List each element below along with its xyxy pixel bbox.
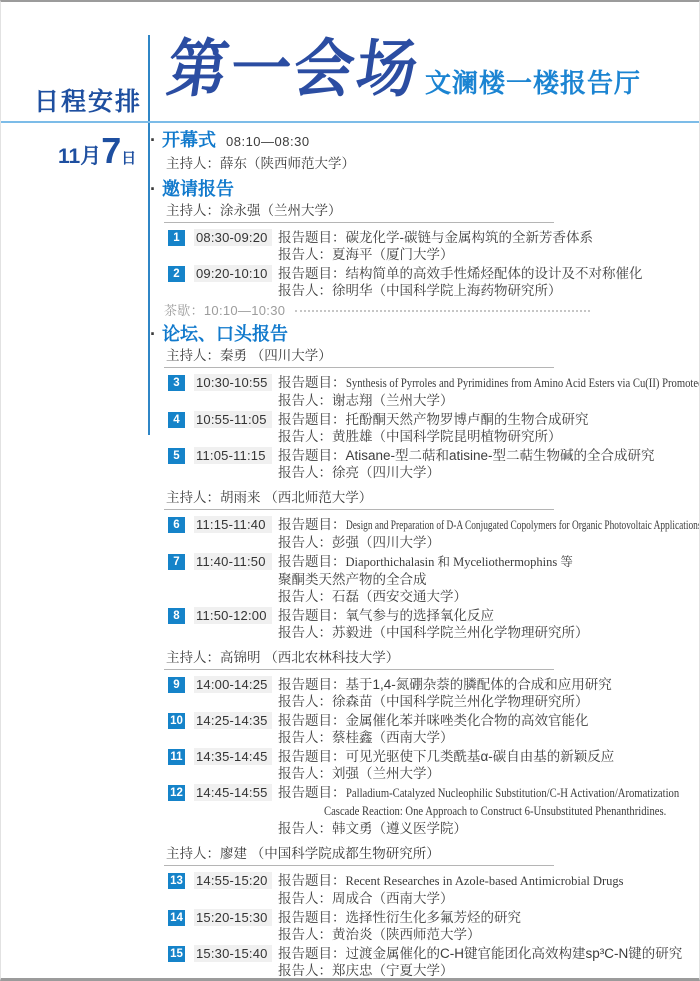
item-title: 金属催化苯并咪唑类化合物的高效官能化 xyxy=(346,713,589,728)
schedule-tag: 日程安排 xyxy=(34,82,142,118)
item-number-badge: 5 xyxy=(168,448,185,464)
item-speaker-line: 报告人：徐亮（四川大学） xyxy=(278,464,697,481)
item-body: 报告题目：Diaporthichalasin 和 Myceliothermoph… xyxy=(278,553,697,605)
item-speaker: 徐明华（中国科学院上海药物研究所） xyxy=(332,283,562,298)
title-label: 报告题目： xyxy=(278,412,346,427)
separator-line xyxy=(164,865,554,866)
item-number-badge: 1 xyxy=(168,230,185,246)
title-label: 报告题目： xyxy=(278,946,346,961)
section-invited-title: 邀请报告 xyxy=(162,178,234,200)
item-title: 基于1,4-氮硼杂萘的膦配体的合成和应用研究 xyxy=(346,677,612,692)
title-label: 报告题目： xyxy=(278,749,346,764)
report-item-4: 4 10:55-11:05 报告题目：托酚酮天然产物罗博卢酮的生物合成研究 报告… xyxy=(168,411,697,445)
item-title-continued: Cascade Reaction: One Approach to Constr… xyxy=(324,803,666,820)
title-label: 报告题目： xyxy=(278,677,346,692)
section-forum-title-row: 论坛、口头报告 xyxy=(150,323,697,345)
item-title: Palladium-Catalyzed Nucleophilic Substit… xyxy=(346,785,679,802)
item-title: Diaporthichalasin 和 Myceliothermophins 等 xyxy=(346,554,573,571)
host-label: 主持人： xyxy=(166,650,220,665)
item-time: 08:30-09:20 xyxy=(194,229,272,246)
section-forum-title: 论坛、口头报告 xyxy=(162,323,288,345)
item-time: 14:55-15:20 xyxy=(194,872,272,889)
item-speaker-line: 报告人：蔡桂鑫（西南大学） xyxy=(278,729,697,746)
item-body: 报告题目：可见光驱使下几类酰基α-碳自由基的新颖反应 报告人：刘强（兰州大学） xyxy=(278,748,697,782)
item-body: 报告题目：氧气参与的选择氧化反应 报告人：苏毅进（中国科学院兰州化学物理研究所） xyxy=(278,607,697,641)
host-line: 主持人：秦勇 （四川大学） xyxy=(166,347,697,364)
title-label: 报告题目： xyxy=(278,873,346,888)
item-title-line: 报告题目：Design and Preparation of D-A Conju… xyxy=(278,516,697,534)
speaker-label: 报告人： xyxy=(278,625,332,640)
item-title: 过渡金属催化的C-H键官能团化高效构建sp³C-N键的研究 xyxy=(346,946,683,961)
item-number-badge: 7 xyxy=(168,554,185,570)
item-title: Atisane-型二萜和atisine-型二萜生物碱的全合成研究 xyxy=(346,448,655,463)
report-item-8: 8 11:50-12:00 报告题目：氧气参与的选择氧化反应 报告人：苏毅进（中… xyxy=(168,607,697,641)
item-speaker-line: 报告人：徐森苗（中国科学院兰州化学物理研究所） xyxy=(278,693,697,710)
report-item-2: 2 09:20-10:10 报告题目：结构简单的高效手性烯烃配体的设计及不对称催… xyxy=(168,265,697,299)
item-number-badge: 2 xyxy=(168,266,185,282)
item-title-line: 报告题目：基于1,4-氮硼杂萘的膦配体的合成和应用研究 xyxy=(278,676,697,693)
host-line: 主持人：胡雨来 （西北师范大学） xyxy=(166,489,697,506)
section-invited: 邀请报告 主持人：涂永强（兰州大学） 1 08:30-09:20 报告题目：碳龙… xyxy=(162,178,697,319)
item-speaker: 蔡桂鑫（西南大学） xyxy=(332,730,454,745)
speaker-label: 报告人： xyxy=(278,589,332,604)
item-title-line: 报告题目：Palladium-Catalyzed Nucleophilic Su… xyxy=(278,784,697,802)
report-item-5: 5 11:05-11:15 报告题目：Atisane-型二萜和atisine-型… xyxy=(168,447,697,481)
item-speaker: 郑庆忠（宁夏大学） xyxy=(332,963,454,978)
item-number-badge: 4 xyxy=(168,412,185,428)
item-speaker: 谢志翔（兰州大学） xyxy=(332,393,454,408)
item-speaker-line: 报告人：夏海平（厦门大学） xyxy=(278,246,697,263)
item-number-badge: 15 xyxy=(168,946,185,962)
item-number-badge: 13 xyxy=(168,873,185,889)
item-title-line: 报告题目：碳龙化学-碳链与金属构筑的全新芳香体系 xyxy=(278,229,697,246)
item-speaker: 夏海平（厦门大学） xyxy=(332,247,454,262)
title-label: 报告题目： xyxy=(278,448,346,463)
host-line: 主持人：涂永强（兰州大学） xyxy=(166,202,697,219)
report-item-14: 14 15:20-15:30 报告题目：选择性衍生化多氟芳烃的研究 报告人：黄治… xyxy=(168,909,697,943)
header-underline xyxy=(1,121,700,123)
item-speaker: 徐森苗（中国科学院兰州化学物理研究所） xyxy=(332,694,589,709)
item-speaker-line: 报告人：黄治炎（陕西师范大学） xyxy=(278,926,697,943)
item-title-line: 报告题目：Diaporthichalasin 和 Myceliothermoph… xyxy=(278,553,697,571)
item-time: 14:00-14:25 xyxy=(194,676,272,693)
host-label: 主持人： xyxy=(166,490,220,505)
item-title: Recent Researches in Azole-based Antimic… xyxy=(346,873,624,890)
item-speaker: 周成合（西南大学） xyxy=(332,891,454,906)
title-label: 报告题目： xyxy=(278,375,346,390)
report-item-15: 15 15:30-15:40 报告题目：过渡金属催化的C-H键官能团化高效构建s… xyxy=(168,945,697,979)
item-number-badge: 6 xyxy=(168,517,185,533)
item-speaker-line: 报告人：黄胜雄（中国科学院昆明植物研究所） xyxy=(278,428,697,445)
title-label: 报告题目： xyxy=(278,230,346,245)
report-item-6: 6 11:15-11:40 报告题目：Design and Preparatio… xyxy=(168,516,697,551)
speaker-label: 报告人： xyxy=(278,429,332,444)
item-time: 11:15-11:40 xyxy=(194,516,272,533)
item-title: 托酚酮天然产物罗博卢酮的生物合成研究 xyxy=(346,412,589,427)
item-title: 碳龙化学-碳链与金属构筑的全新芳香体系 xyxy=(346,230,594,245)
item-title-line: 报告题目：Recent Researches in Azole-based An… xyxy=(278,872,697,890)
item-number-badge: 12 xyxy=(168,785,185,801)
report-item-7: 7 11:40-11:50 报告题目：Diaporthichalasin 和 M… xyxy=(168,553,697,605)
host-name: 薛东（陕西师范大学） xyxy=(220,156,355,171)
item-body: 报告题目：Recent Researches in Azole-based An… xyxy=(278,872,697,907)
host-name: 涂永强（兰州大学） xyxy=(220,203,342,218)
item-time: 10:55-11:05 xyxy=(194,411,272,428)
item-number-badge: 3 xyxy=(168,375,185,391)
item-number-badge: 8 xyxy=(168,608,185,624)
item-title-line: 报告题目：托酚酮天然产物罗博卢酮的生物合成研究 xyxy=(278,411,697,428)
speaker-label: 报告人： xyxy=(278,963,332,978)
host-line: 主持人：廖建 （中国科学院成都生物研究所） xyxy=(166,845,697,862)
title-label: 报告题目： xyxy=(278,608,346,623)
speaker-label: 报告人： xyxy=(278,283,332,298)
speaker-label: 报告人： xyxy=(278,766,332,781)
item-title-line-2: Cascade Reaction: One Approach to Constr… xyxy=(324,802,697,820)
dotted-line xyxy=(295,310,590,312)
separator-line xyxy=(164,367,554,368)
date-month: 11月 xyxy=(58,145,101,168)
item-time: 09:20-10:10 xyxy=(194,265,272,282)
item-title: 结构简单的高效手性烯烃配体的设计及不对称催化 xyxy=(346,266,643,281)
title-label: 报告题目： xyxy=(278,554,346,569)
report-item-3: 3 10:30-10:55 报告题目：Synthesis of Pyrroles… xyxy=(168,374,697,409)
item-body: 报告题目：碳龙化学-碳链与金属构筑的全新芳香体系 报告人：夏海平（厦门大学） xyxy=(278,229,697,263)
title-label: 报告题目： xyxy=(278,785,346,800)
item-title-line: 报告题目：结构简单的高效手性烯烃配体的设计及不对称催化 xyxy=(278,265,697,282)
item-time: 10:30-10:55 xyxy=(194,374,272,391)
item-speaker: 苏毅进（中国科学院兰州化学物理研究所） xyxy=(332,625,589,640)
section-forum: 论坛、口头报告 主持人：秦勇 （四川大学） 3 10:30-10:55 报告题目… xyxy=(162,323,697,979)
item-time: 11:05-11:15 xyxy=(194,447,272,464)
host-line: 主持人：薛东（陕西师范大学） xyxy=(166,155,697,172)
item-body: 报告题目：结构简单的高效手性烯烃配体的设计及不对称催化 报告人：徐明华（中国科学… xyxy=(278,265,697,299)
item-speaker: 刘强（兰州大学） xyxy=(332,766,440,781)
item-time: 14:35-14:45 xyxy=(194,748,272,765)
report-item-9: 9 14:00-14:25 报告题目：基于1,4-氮硼杂萘的膦配体的合成和应用研… xyxy=(168,676,697,710)
item-speaker-line: 报告人：徐明华（中国科学院上海药物研究所） xyxy=(278,282,697,299)
date-label: 11月7日 xyxy=(58,130,136,172)
item-speaker-line: 报告人：苏毅进（中国科学院兰州化学物理研究所） xyxy=(278,624,697,641)
item-speaker: 彭强（四川大学） xyxy=(332,535,440,550)
tea-break-row: 茶歇：10:10—10:30 xyxy=(164,302,697,319)
item-time: 15:20-15:30 xyxy=(194,909,272,926)
item-title-line: 报告题目：氧气参与的选择氧化反应 xyxy=(278,607,697,624)
date-suffix: 日 xyxy=(121,150,136,167)
separator-line xyxy=(164,222,554,223)
item-title: Synthesis of Pyrroles and Pyrimidines fr… xyxy=(346,375,700,392)
item-time: 11:40-11:50 xyxy=(194,553,272,570)
report-item-1: 1 08:30-09:20 报告题目：碳龙化学-碳链与金属构筑的全新芳香体系 报… xyxy=(168,229,697,263)
item-time: 14:45-14:55 xyxy=(194,784,272,801)
schedule-page: 日程安排 第一会场 文澜楼一楼报告厅 11月7日 开幕式 08:10—08:30… xyxy=(0,0,700,981)
item-title: 选择性衍生化多氟芳烃的研究 xyxy=(346,910,522,925)
item-speaker: 韩文勇（遵义医学院） xyxy=(332,821,467,836)
item-time: 14:25-14:35 xyxy=(194,712,272,729)
item-number-badge: 10 xyxy=(168,713,185,729)
report-item-12: 12 14:45-14:55 报告题目：Palladium-Catalyzed … xyxy=(168,784,697,837)
host-name: 胡雨来 （西北师范大学） xyxy=(220,490,372,505)
title-label: 报告题目： xyxy=(278,713,346,728)
host-label: 主持人： xyxy=(166,348,220,363)
title-label: 报告题目： xyxy=(278,266,346,281)
speaker-label: 报告人： xyxy=(278,393,332,408)
host-name: 廖建 （中国科学院成都生物研究所） xyxy=(220,846,440,861)
item-title-line: 报告题目：过渡金属催化的C-H键官能团化高效构建sp³C-N键的研究 xyxy=(278,945,697,962)
section-invited-title-row: 邀请报告 xyxy=(150,178,697,200)
hall-title: 第一会场 xyxy=(161,21,427,118)
item-number-badge: 9 xyxy=(168,677,185,693)
item-body: 报告题目：Synthesis of Pyrroles and Pyrimidin… xyxy=(278,374,697,409)
item-title-line: 报告题目：可见光驱使下几类酰基α-碳自由基的新颖反应 xyxy=(278,748,697,765)
section-opening-title: 开幕式 xyxy=(162,129,216,151)
speaker-label: 报告人： xyxy=(278,247,332,262)
item-title-line-2: 聚酮类天然产物的全合成 xyxy=(278,571,697,588)
report-item-13: 13 14:55-15:20 报告题目：Recent Researches in… xyxy=(168,872,697,907)
report-item-10: 10 14:25-14:35 报告题目：金属催化苯并咪唑类化合物的高效官能化 报… xyxy=(168,712,697,746)
item-title: Design and Preparation of D-A Conjugated… xyxy=(346,517,700,534)
title-label: 报告题目： xyxy=(278,517,346,532)
title-label: 报告题目： xyxy=(278,910,346,925)
schedule-content: 开幕式 08:10—08:30 主持人：薛东（陕西师范大学） 邀请报告 主持人：… xyxy=(162,129,697,981)
date-day: 7 xyxy=(101,130,121,171)
item-speaker-line: 报告人：石磊（西安交通大学） xyxy=(278,588,697,605)
room-subtitle: 文澜楼一楼报告厅 xyxy=(425,63,641,100)
item-title-continued: 聚酮类天然产物的全合成 xyxy=(278,572,427,587)
item-title: 氧气参与的选择氧化反应 xyxy=(346,608,495,623)
item-speaker: 徐亮（四川大学） xyxy=(332,465,440,480)
speaker-label: 报告人： xyxy=(278,465,332,480)
item-title-line: 报告题目：Atisane-型二萜和atisine-型二萜生物碱的全合成研究 xyxy=(278,447,697,464)
section-opening-time: 08:10—08:30 xyxy=(226,131,310,153)
section-opening: 开幕式 08:10—08:30 主持人：薛东（陕西师范大学） xyxy=(162,129,697,172)
item-speaker-line: 报告人：彭强（四川大学） xyxy=(278,534,697,551)
host-label: 主持人： xyxy=(166,846,220,861)
host-name: 高锦明 （西北农林科技大学） xyxy=(220,650,399,665)
speaker-label: 报告人： xyxy=(278,730,332,745)
item-body: 报告题目：Atisane-型二萜和atisine-型二萜生物碱的全合成研究 报告… xyxy=(278,447,697,481)
item-speaker-line: 报告人：周成合（西南大学） xyxy=(278,890,697,907)
speaker-label: 报告人： xyxy=(278,535,332,550)
item-body: 报告题目：过渡金属催化的C-H键官能团化高效构建sp³C-N键的研究 报告人：郑… xyxy=(278,945,697,979)
item-speaker-line: 报告人：刘强（兰州大学） xyxy=(278,765,697,782)
speaker-label: 报告人： xyxy=(278,821,332,836)
item-body: 报告题目：托酚酮天然产物罗博卢酮的生物合成研究 报告人：黄胜雄（中国科学院昆明植… xyxy=(278,411,697,445)
section-opening-title-row: 开幕式 08:10—08:30 xyxy=(150,129,697,153)
item-speaker: 黄治炎（陕西师范大学） xyxy=(332,927,481,942)
host-name: 秦勇 （四川大学） xyxy=(220,348,332,363)
item-speaker-line: 报告人：郑庆忠（宁夏大学） xyxy=(278,962,697,979)
separator-line xyxy=(164,509,554,510)
speaker-label: 报告人： xyxy=(278,891,332,906)
host-label: 主持人： xyxy=(166,203,220,218)
separator-line xyxy=(164,669,554,670)
item-body: 报告题目：选择性衍生化多氟芳烃的研究 报告人：黄治炎（陕西师范大学） xyxy=(278,909,697,943)
item-title-line: 报告题目：选择性衍生化多氟芳烃的研究 xyxy=(278,909,697,926)
item-time: 11:50-12:00 xyxy=(194,607,272,624)
item-speaker: 石磊（西安交通大学） xyxy=(332,589,467,604)
tea-break-note: 茶歇：10:10—10:30 xyxy=(164,302,285,319)
item-body: 报告题目：基于1,4-氮硼杂萘的膦配体的合成和应用研究 报告人：徐森苗（中国科学… xyxy=(278,676,697,710)
report-item-11: 11 14:35-14:45 报告题目：可见光驱使下几类酰基α-碳自由基的新颖反… xyxy=(168,748,697,782)
host-label: 主持人： xyxy=(166,156,220,171)
item-number-badge: 14 xyxy=(168,910,185,926)
item-speaker-line: 报告人：韩文勇（遵义医学院） xyxy=(278,820,697,837)
header: 第一会场 文澜楼一楼报告厅 xyxy=(161,26,641,118)
item-title-line: 报告题目：金属催化苯并咪唑类化合物的高效官能化 xyxy=(278,712,697,729)
item-time: 15:30-15:40 xyxy=(194,945,272,962)
item-body: 报告题目：Design and Preparation of D-A Conju… xyxy=(278,516,697,551)
item-body: 报告题目：金属催化苯并咪唑类化合物的高效官能化 报告人：蔡桂鑫（西南大学） xyxy=(278,712,697,746)
speaker-label: 报告人： xyxy=(278,927,332,942)
speaker-label: 报告人： xyxy=(278,694,332,709)
item-title: 可见光驱使下几类酰基α-碳自由基的新颖反应 xyxy=(346,749,615,764)
host-line: 主持人：高锦明 （西北农林科技大学） xyxy=(166,649,697,666)
item-speaker: 黄胜雄（中国科学院昆明植物研究所） xyxy=(332,429,562,444)
item-speaker-line: 报告人：谢志翔（兰州大学） xyxy=(278,392,697,409)
item-body: 报告题目：Palladium-Catalyzed Nucleophilic Su… xyxy=(278,784,697,837)
vertical-divider xyxy=(148,35,150,435)
item-title-line: 报告题目：Synthesis of Pyrroles and Pyrimidin… xyxy=(278,374,697,392)
item-number-badge: 11 xyxy=(168,749,185,765)
